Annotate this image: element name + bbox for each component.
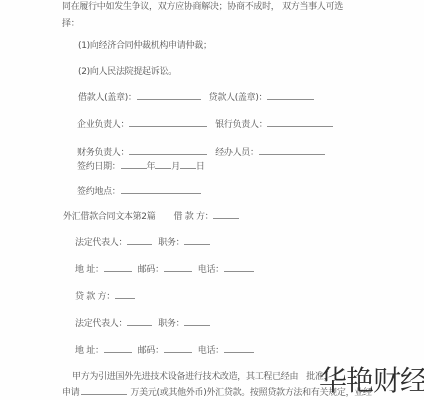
finance-head-label: 财务负责人： — [77, 148, 129, 158]
dispute-clause-line1: 同在履行中如发生争议，双方应协商解决；协商不成时， 双方当事人可选 — [62, 1, 343, 13]
lender-seal-blank — [267, 91, 314, 100]
finance-line: 财务负责人：经办人员： — [77, 146, 325, 159]
contract-scan-page: 同在履行中如发生争议，双方应协商解决；协商不成时， 双方当事人可选 择： (1)… — [0, 0, 424, 400]
legal-rep-label: 法定代表人： — [75, 319, 127, 329]
phone-blank — [224, 263, 254, 272]
legal-rep-blank — [127, 236, 152, 245]
lender-party-line: 贷 款 方： — [75, 290, 135, 303]
address-label: 地 址： — [75, 265, 104, 275]
month-label: 月 — [171, 162, 180, 172]
spacer — [155, 218, 173, 219]
legal-rep-blank — [127, 317, 152, 326]
borrower-party-label: 借 款 方： — [173, 212, 213, 222]
lender-seal-label: 贷款人(盖章)： — [209, 93, 268, 103]
borrower-rep-line: 法定代表人：职务： — [75, 236, 210, 249]
day-label: 日 — [196, 162, 205, 172]
postcode-label: 邮码： — [138, 346, 164, 356]
lender-party-blank — [115, 290, 135, 299]
title-blank — [184, 236, 210, 245]
lender-address-line: 地 址：邮码：电话： — [75, 344, 254, 357]
watermark: 华艳财经 — [319, 359, 424, 399]
borrower-address-line: 地 址：邮码：电话： — [75, 263, 254, 276]
legal-rep-label: 法定代表人： — [75, 238, 127, 248]
seal-line: 借款人(盖章)：贷款人(盖章)： — [78, 91, 314, 104]
title-blank — [184, 317, 210, 326]
year-blank — [155, 160, 171, 169]
borrower-seal-blank — [137, 91, 201, 100]
phone-blank — [224, 344, 254, 353]
month-blank — [180, 160, 196, 169]
address-label: 地 址： — [75, 346, 104, 356]
bank-head-label: 银行负责人： — [215, 120, 267, 130]
sign-date-line: 签约日期：年月日 — [77, 160, 205, 173]
sign-date-blank — [121, 160, 147, 169]
postcode-blank — [164, 344, 192, 353]
handler-blank — [259, 146, 325, 155]
enterprise-head-label: 企业负责人： — [77, 120, 129, 130]
section2-title-line: 外汇借款合同文本第2篇借 款 方： — [63, 210, 239, 223]
sign-date-label: 签约日期： — [77, 162, 121, 172]
dispute-clause-line2: 择： — [62, 18, 79, 30]
address-blank — [104, 344, 132, 353]
postcode-blank — [164, 263, 192, 272]
amount-blank — [81, 386, 127, 395]
handler-label: 经办人员： — [215, 148, 259, 158]
lender-rep-line: 法定代表人：职务： — [75, 317, 210, 330]
responsible-line: 企业负责人：银行负责人： — [77, 118, 333, 131]
apply-label: 申请 — [62, 388, 79, 398]
arbitration-option: (1)向经济合同仲裁机构申请仲裁； — [78, 40, 212, 52]
enterprise-head-blank — [129, 118, 207, 127]
sign-place-label: 签约地点： — [77, 187, 121, 197]
document-body: 同在履行中如发生争议，双方应协商解决；协商不成时， 双方当事人可选 择： (1)… — [0, 0, 424, 400]
sign-place-line: 签约地点： — [77, 185, 201, 198]
lender-party-label: 贷 款 方： — [75, 292, 115, 302]
borrower-party-blank — [213, 210, 239, 219]
phone-label: 电话： — [198, 265, 224, 275]
contract-text-no2-label: 外汇借款合同文本第2篇 — [63, 212, 155, 222]
title-label: 职务： — [158, 238, 184, 248]
finance-head-blank — [129, 146, 207, 155]
bank-head-blank — [267, 118, 333, 127]
purpose-text: 甲方为引进国外先进技术设备进行技术改造，其工程已经由 — [72, 372, 298, 382]
year-label: 年 — [147, 162, 156, 172]
lawsuit-option: (2)向人民法院提起诉讼。 — [78, 66, 177, 78]
address-blank — [104, 263, 132, 272]
purpose-paragraph-line1: 甲方为引进国外先进技术设备进行技术改造，其工程已经由批准， — [72, 371, 332, 383]
approval-blank — [298, 378, 306, 379]
title-label: 职务： — [158, 319, 184, 329]
borrower-seal-label: 借款人(盖章)： — [78, 93, 137, 103]
postcode-label: 邮码： — [138, 265, 164, 275]
sign-place-blank — [121, 185, 201, 194]
phone-label: 电话： — [198, 346, 224, 356]
